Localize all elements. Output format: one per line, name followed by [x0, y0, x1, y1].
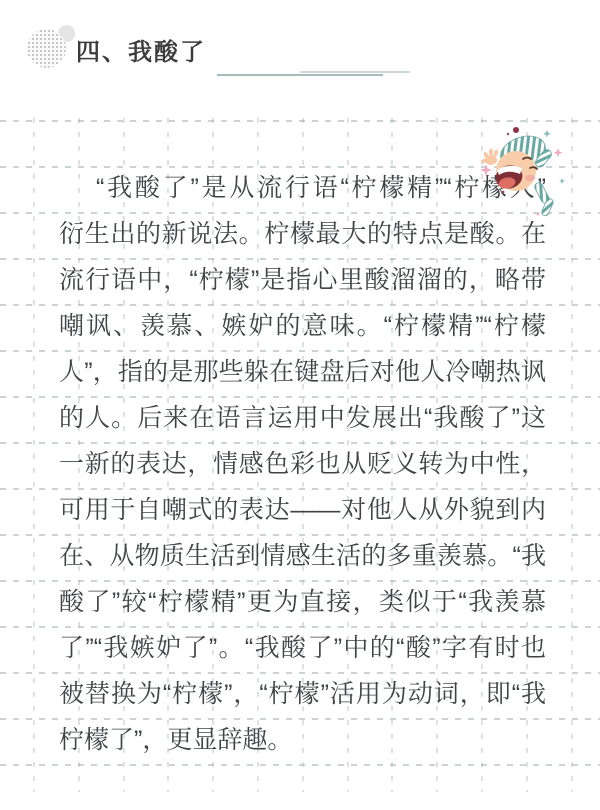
body-line: 柠檬了”，更显辞趣。 [59, 717, 546, 763]
page-title: 四、我酸了 [76, 32, 206, 67]
title-underline-light [300, 71, 410, 73]
document-page: 四、我酸了 “我酸了”是从流行语“柠檬精”“柠檬人” 衍生出的新说法。柠檬最大的… [0, 0, 600, 810]
body-line: 流行语中，“柠檬”是指心里酸溜溜的，略带 [59, 257, 546, 303]
halftone-dot-circle-icon [27, 29, 66, 68]
paragraph: “我酸了”是从流行语“柠檬精”“柠檬人” 衍生出的新说法。柠檬最大的特点是酸。在… [59, 165, 546, 763]
laughing-character-sticker-icon [478, 126, 568, 226]
body-line: 被替换为“柠檬”，“柠檬”活用为动词，即“我 [59, 671, 546, 717]
body-line: 的人。后来在语言运用中发展出“我酸了”这 [59, 395, 546, 441]
title-underline-dark [217, 74, 383, 76]
body-line: “我酸了”是从流行语“柠檬精”“柠檬人” [59, 165, 546, 211]
body-line: 嘲讽、羡慕、嫉妒的意味。“柠檬精”“柠檬 [59, 303, 546, 349]
body-line: 在、从物质生活到情感生活的多重羡慕。“我 [59, 533, 546, 579]
body-line: 了”“我嫉妒了”。“我酸了”中的“酸”字有时也 [59, 625, 546, 671]
body-line: 酸了”较“柠檬精”更为直接，类似于“我羡慕 [59, 579, 546, 625]
body-line: 一新的表达，情感色彩也从贬义转为中性， [59, 441, 546, 487]
body-line: 衍生出的新说法。柠檬最大的特点是酸。在 [59, 211, 546, 257]
body-line: 可用于自嘲式的表达——对他人从外貌到内 [59, 487, 546, 533]
body-line: 人”，指的是那些躲在键盘后对他人冷嘲热讽 [59, 349, 546, 395]
